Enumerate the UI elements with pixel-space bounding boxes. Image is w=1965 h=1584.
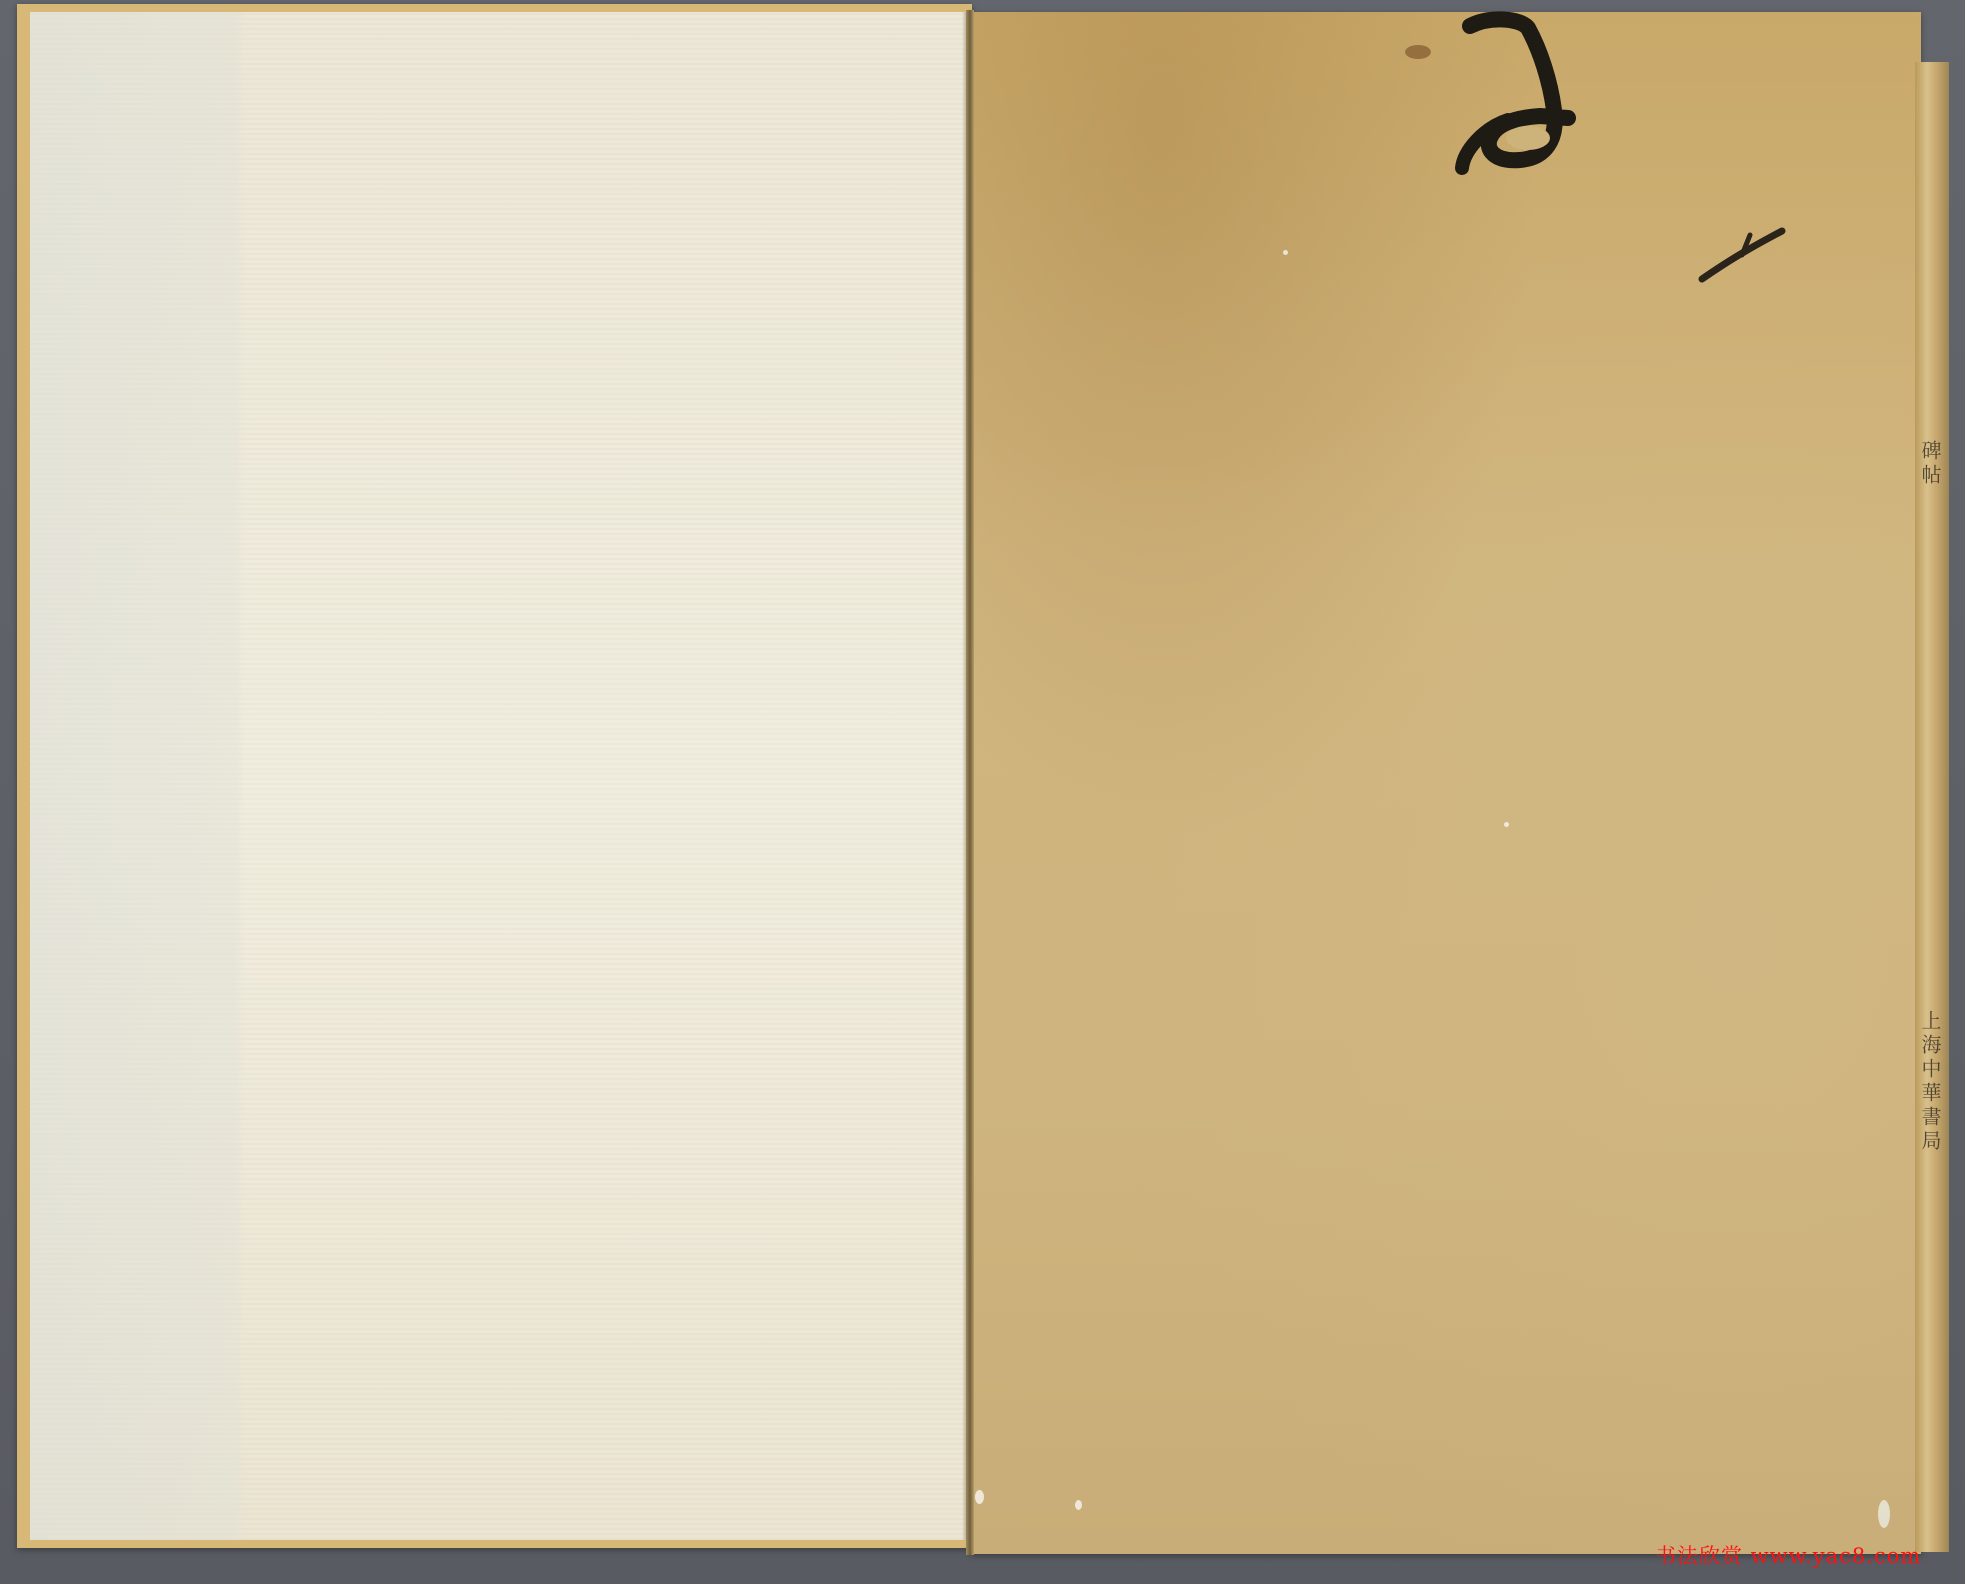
watermark: 书法欣赏 www.yac8.com [1655, 1540, 1921, 1570]
stain [1405, 45, 1431, 59]
book-gutter [966, 10, 974, 1555]
calligraphy-stroke-icon [1450, 10, 1600, 180]
book-spine-edge [1915, 62, 1949, 1552]
spine-title-lower: 上海中華書局 [1920, 1010, 1942, 1154]
ink-dash-icon [1698, 225, 1788, 285]
left-page [30, 12, 966, 1540]
spine-title-upper: 碑帖 [1920, 440, 1942, 488]
